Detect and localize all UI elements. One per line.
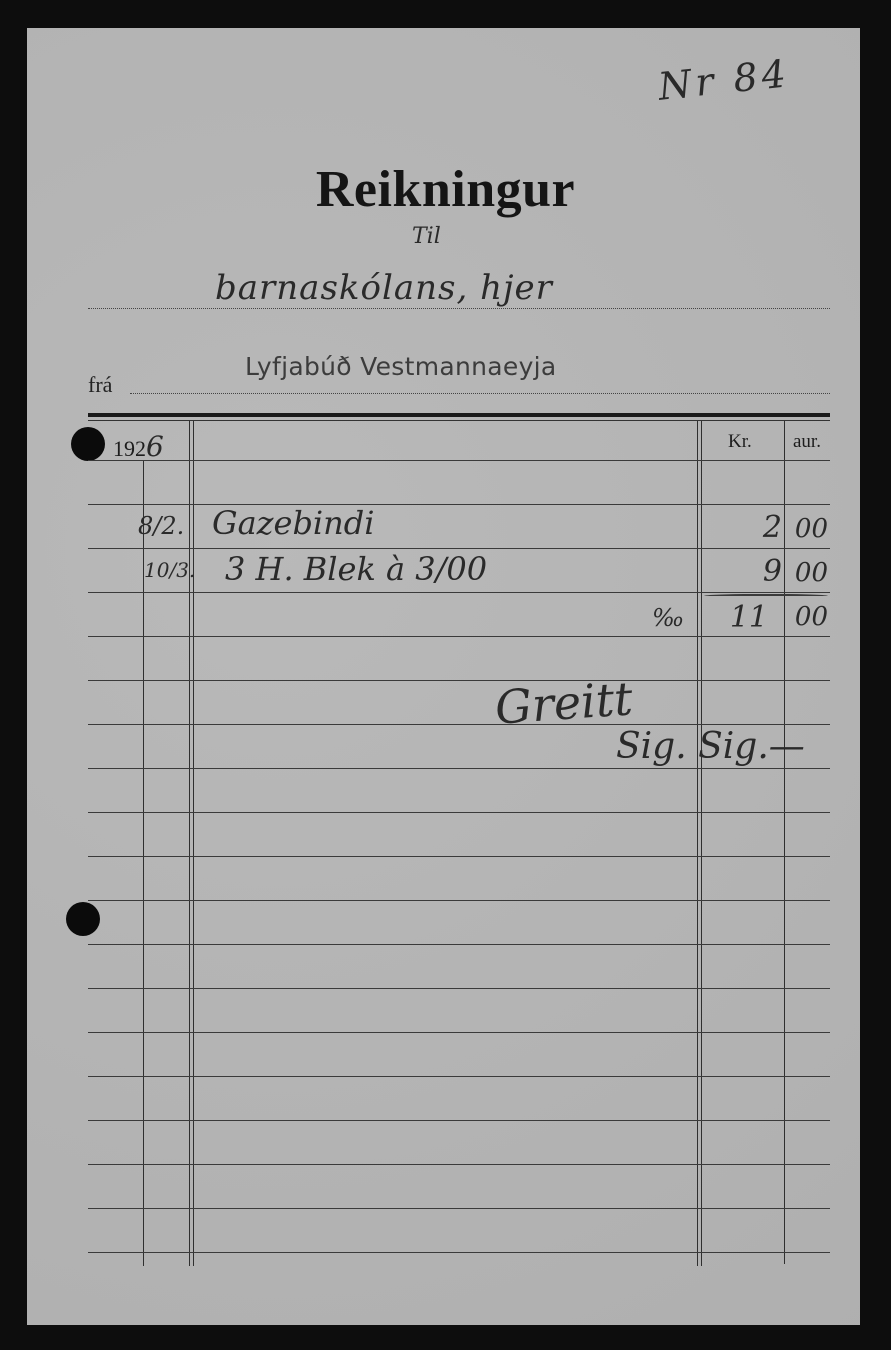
total-label: ‰ bbox=[652, 604, 684, 632]
column-header-kr: Kr. bbox=[728, 431, 752, 453]
ledger-rule bbox=[88, 724, 830, 725]
ledger-rule bbox=[88, 548, 830, 549]
ledger-rule bbox=[88, 1076, 830, 1077]
paid-note: Greitt bbox=[493, 671, 634, 734]
line-item-2-aur: 00 bbox=[788, 558, 828, 588]
year-field: 1926 bbox=[113, 430, 164, 463]
from-label: frá bbox=[88, 372, 112, 398]
punch-hole-top bbox=[71, 427, 105, 461]
ledger-rule bbox=[88, 1120, 830, 1121]
ledger-rule bbox=[88, 900, 830, 901]
from-stamp: Lyfjabúð Vestmannaeyja bbox=[245, 352, 557, 381]
line-item-2-date: 10/3. bbox=[144, 558, 195, 582]
ledger-rule bbox=[88, 636, 830, 637]
line-item-1-aur: 00 bbox=[788, 514, 828, 544]
header-rule bbox=[88, 413, 830, 417]
recipient-dotted-line bbox=[88, 308, 830, 309]
total-kr: 11 bbox=[706, 600, 768, 635]
to-label: Til bbox=[412, 224, 441, 249]
year-printed: 192 bbox=[113, 436, 146, 461]
ledger-rule bbox=[88, 944, 830, 945]
ledger-rule bbox=[88, 504, 830, 505]
ledger-rule bbox=[88, 460, 830, 461]
total-underline bbox=[704, 594, 828, 599]
ledger-rule bbox=[88, 1164, 830, 1165]
column-header-aur: aur. bbox=[793, 431, 821, 453]
punch-hole-bottom bbox=[66, 902, 100, 936]
ledger-rule bbox=[88, 680, 830, 681]
ledger-rule bbox=[88, 812, 830, 813]
total-aur: 00 bbox=[788, 602, 828, 632]
page-title: Reikningur bbox=[0, 160, 891, 219]
ledger-rule bbox=[88, 988, 830, 989]
ledger-rule bbox=[88, 768, 830, 769]
from-dotted-line bbox=[130, 393, 830, 394]
recipient-name: barnaskólans, hjer bbox=[215, 268, 553, 308]
header-rule-thin bbox=[88, 420, 830, 421]
invoice-paper bbox=[27, 28, 860, 1325]
line-item-1-date: 8/2. bbox=[138, 512, 184, 540]
ledger-rule bbox=[88, 856, 830, 857]
year-handwritten: 6 bbox=[146, 430, 164, 463]
signature: Sig. Sig.— bbox=[616, 726, 805, 767]
ledger-rule bbox=[88, 1208, 830, 1209]
ledger-rule bbox=[88, 1032, 830, 1033]
line-item-1-description: Gazebindi bbox=[212, 504, 374, 542]
line-item-1-kr: 2 bbox=[706, 510, 782, 545]
ledger-rule bbox=[88, 1252, 830, 1253]
line-item-2-description: 3 H. Blek à 3/00 bbox=[225, 550, 487, 588]
ledger-rule bbox=[88, 592, 830, 593]
line-item-2-kr: 9 bbox=[706, 554, 782, 589]
